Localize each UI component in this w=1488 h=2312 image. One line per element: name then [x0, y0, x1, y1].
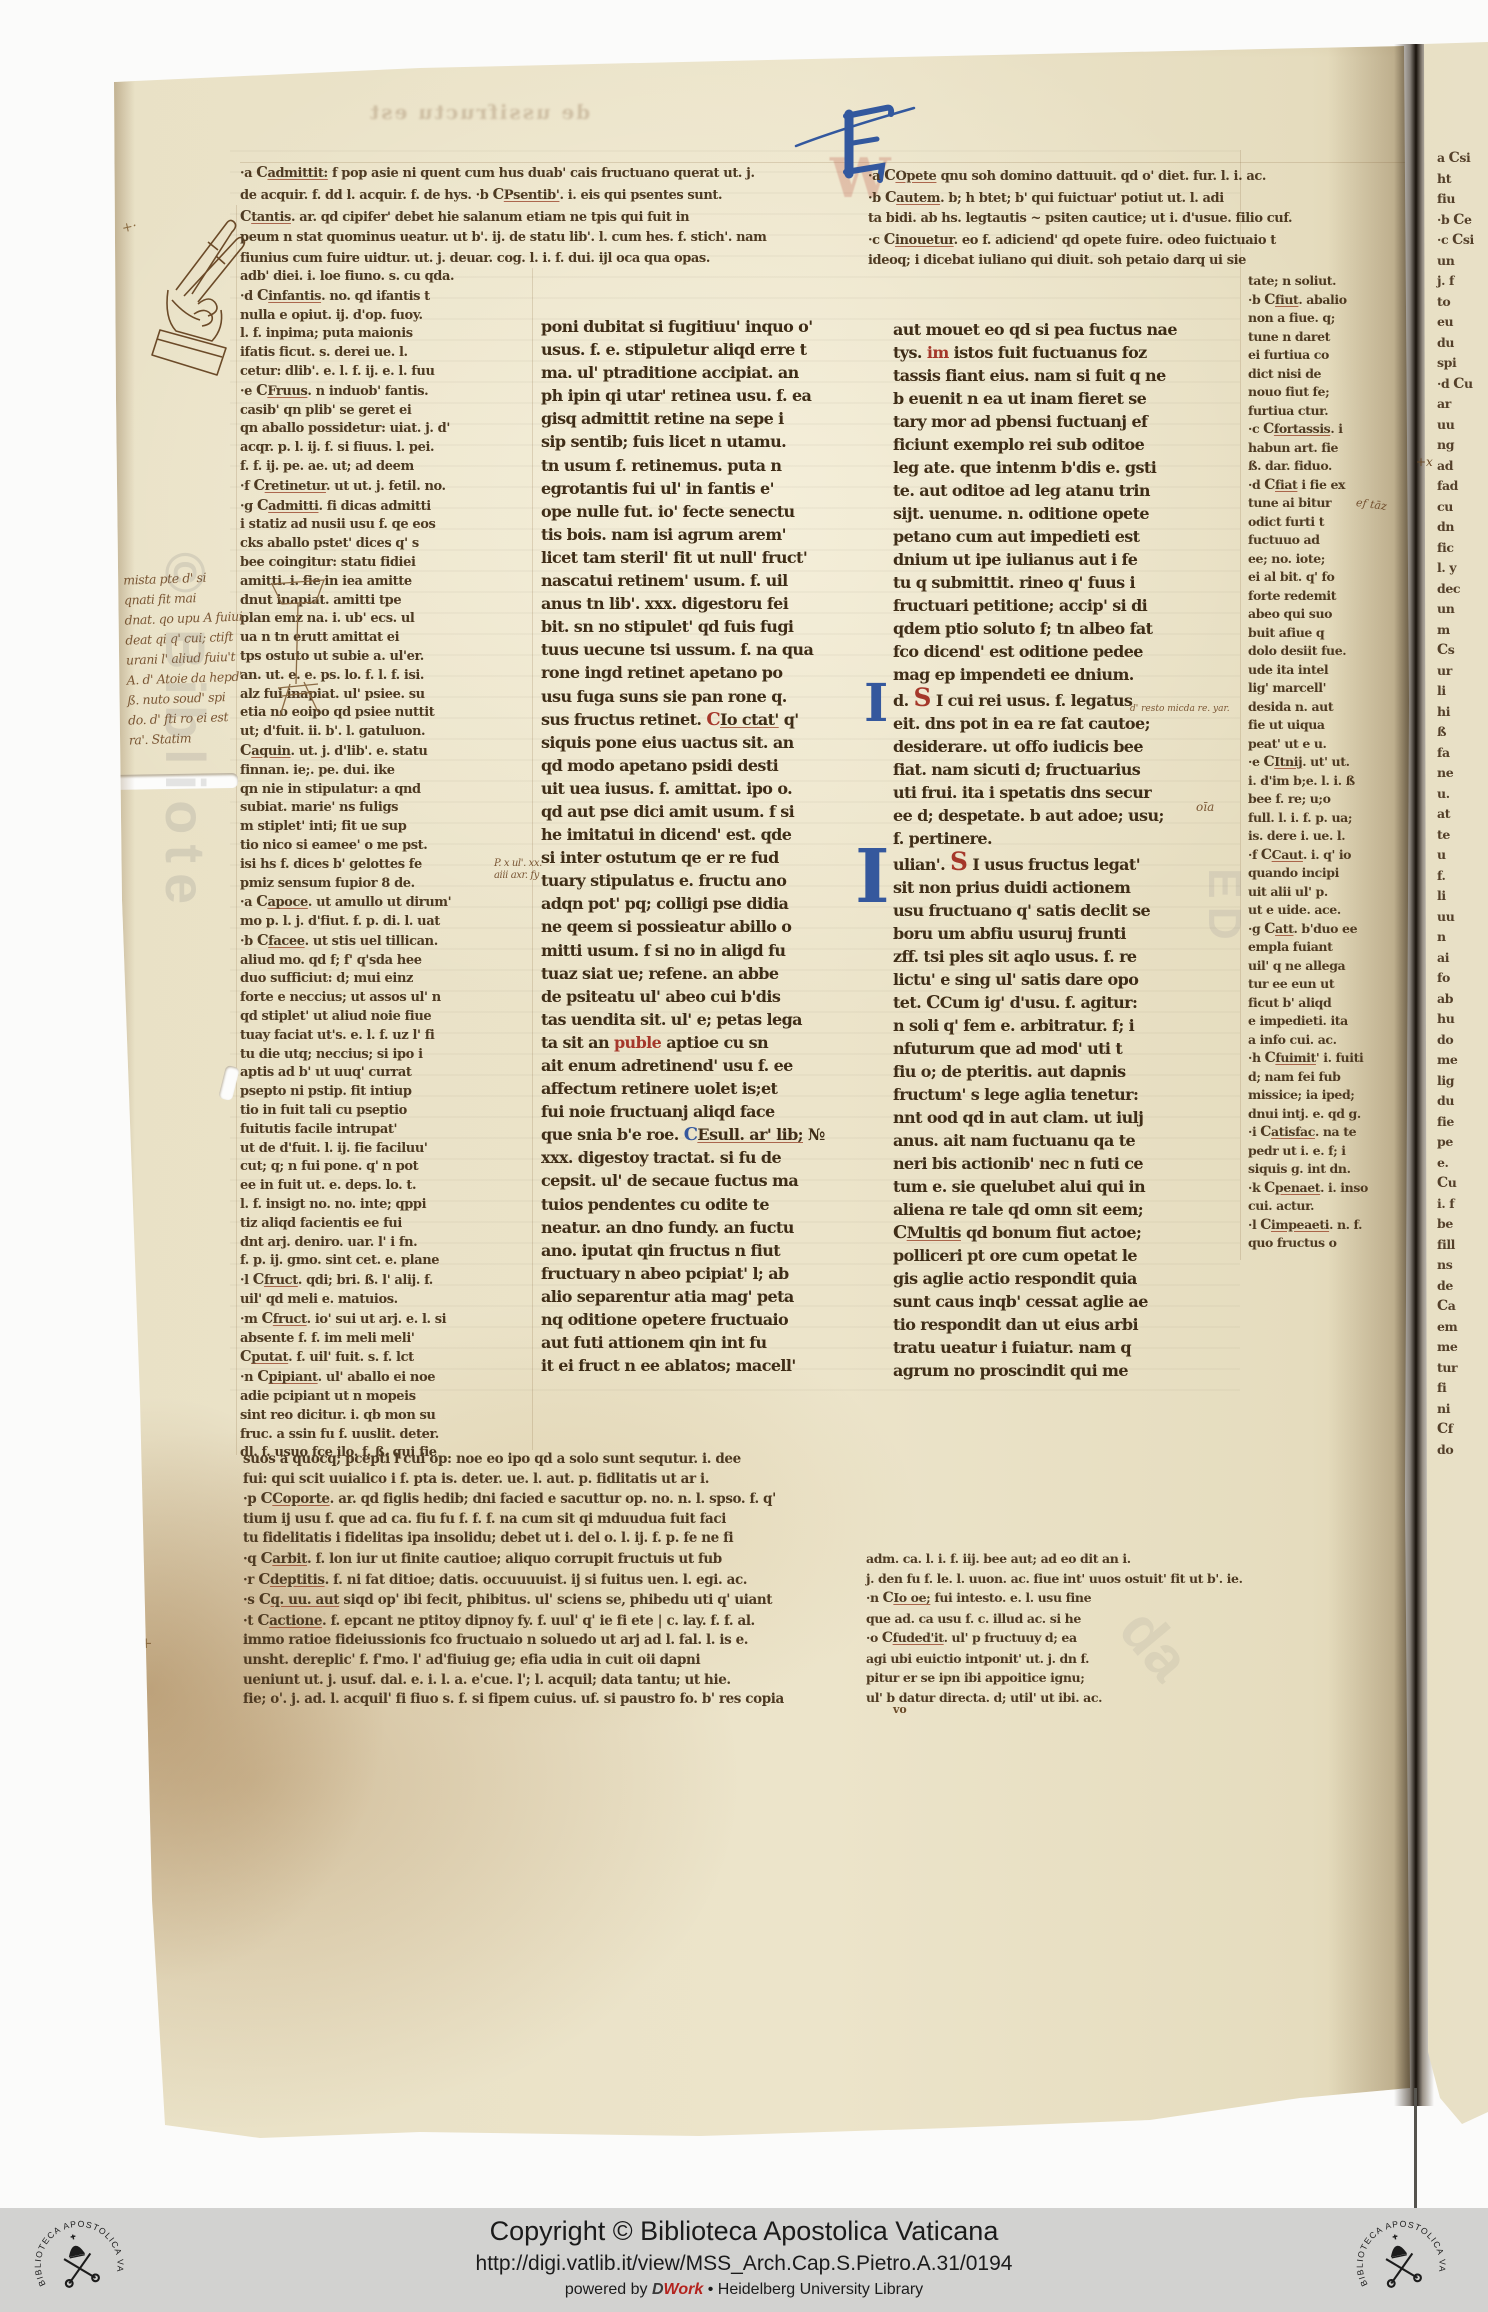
powered-by-line: powered by DWork • Heidelberg University…: [0, 2281, 1488, 2299]
vatican-library-logo-left: BIBLIOTECA APOSTOLICA VATICANA: [21, 2203, 135, 2312]
parchment-cut: [106, 773, 238, 790]
tiny-margin-note: P. x ul'. xx.aiii axr. fy: [494, 858, 542, 882]
heidelberg-library-label: Heidelberg University Library: [718, 2281, 923, 2298]
dwork-logo-work: Work: [664, 2281, 704, 2298]
gutter-line: [1414, 2088, 1417, 2212]
margin-abbreviation-note: oīa: [1196, 800, 1214, 814]
bottom-gloss-right-block: adm. ca. l. i. f. iij. bee aut; ad eo di…: [866, 1549, 1238, 1707]
gutter-cross-marks: +x: [1416, 455, 1433, 469]
blue-initial-I: I: [855, 844, 890, 910]
manuscript-page: de ussifructu est W: [0, 0, 1488, 2312]
margin-cross-mark: +·: [121, 219, 139, 237]
left-gloss-top-block: ·a Cadmittit: f pop asie ni quent cum hu…: [240, 163, 860, 270]
copyright-line: Copyright © Biblioteca Apostolica Vatica…: [0, 2216, 1488, 2247]
source-url: http://digi.vatlib.it/view/MSS_Arch.Cap.…: [0, 2252, 1488, 2276]
tiny-margin-note: d' resto micda re. yar.: [1130, 704, 1230, 714]
main-text-column-2: aut mouet eo qd si pea fuctus naetys. im…: [893, 318, 1225, 1382]
powered-by-label: powered by: [565, 2281, 652, 2298]
catchword: vo: [893, 1703, 907, 1716]
copyright-footer: Copyright © Biblioteca Apostolica Vatica…: [0, 2208, 1488, 2312]
separator-dot: •: [703, 2281, 718, 2298]
facing-page-text-fragments: a Csihtfiu·b Ce·c Csiunj. ftoeuduspi·d C…: [1437, 148, 1488, 1460]
ruling-line: [236, 205, 237, 1455]
main-text-column-1: poni dubitat si fugitiuu' inquo o'usus. …: [541, 315, 853, 1377]
crossed-keys-tiara-icon: [56, 2231, 99, 2287]
dwork-logo-d: D: [652, 2281, 664, 2298]
crossed-keys-tiara-icon: [1378, 2231, 1421, 2287]
scanned-page-photo: de ussifructu est W: [0, 0, 1488, 2312]
ruling-line: [1240, 150, 1241, 1260]
margin-cross-mark: +: [140, 1634, 153, 1652]
bleedthrough-header-text: de ussifructu est: [368, 100, 590, 124]
blue-initial-I: I: [864, 680, 888, 728]
vatican-library-logo-right: BIBLIOTECA APOSTOLICA VATICANA: [1343, 2203, 1457, 2312]
right-gloss-column: tate; n soliut.·b Cfiut. abalionon a fiu…: [1248, 272, 1406, 1253]
right-gloss-top-block: ·a COpete qnu soh domino dattuuit. qd o'…: [868, 166, 1408, 272]
margin-sketch: [252, 576, 342, 726]
